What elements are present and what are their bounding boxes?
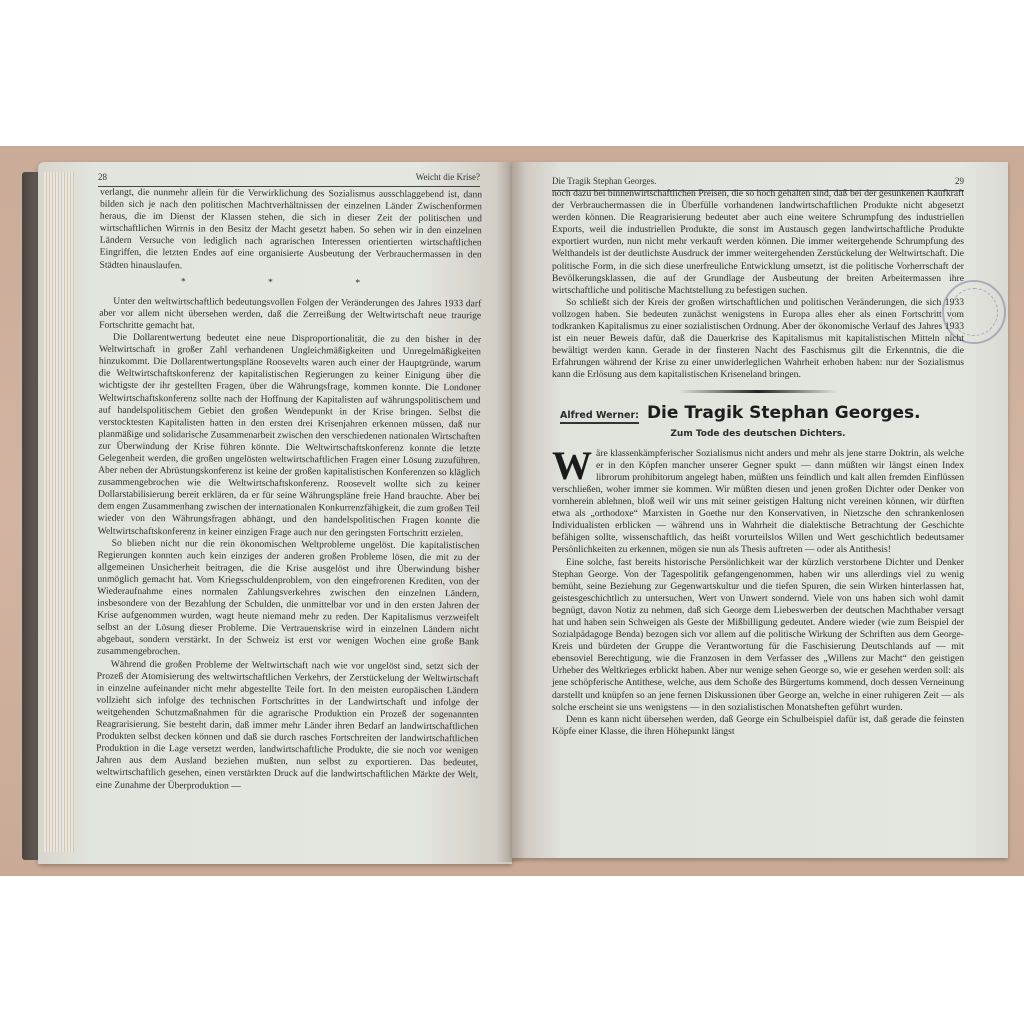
- paragraph: Während die großen Probleme der Weltwirt…: [96, 658, 479, 794]
- right-page: Die Tragik Stephan Georges. 29 noch dazu…: [512, 162, 1008, 858]
- paragraph: So blieben nicht nur die rein ökonomisch…: [97, 537, 480, 661]
- drop-cap: W: [552, 448, 592, 484]
- left-page: 28 Weicht die Krise? verlangt, die nunme…: [38, 162, 512, 864]
- book-gutter-shadow: [496, 162, 526, 862]
- left-running-head: 28 Weicht die Krise?: [98, 172, 480, 187]
- article-paragraph: Eine solche, fast bereits historische Pe…: [552, 557, 964, 714]
- article-paragraph: Denn es kann nicht übersehen werden, daß…: [552, 714, 964, 738]
- section-separator: * * *: [99, 275, 481, 290]
- article-subtitle: Zum Tode des deutschen Dichters.: [552, 428, 964, 440]
- right-page-body: noch dazu bei binnenwirtschaftlichen Pre…: [552, 188, 964, 738]
- right-running-title: Die Tragik Stephan Georges.: [552, 176, 656, 186]
- paragraph: Unter den weltwirtschaftlich bedeutungsv…: [99, 295, 481, 334]
- paragraph: noch dazu bei binnenwirtschaftlichen Pre…: [552, 188, 964, 297]
- paragraph: So schließt sich der Kreis der großen wi…: [552, 297, 964, 382]
- left-page-body: verlangt, die nunmehr allein für die Ver…: [96, 187, 482, 794]
- article-title: Die Tragik Stephan Georges.: [647, 407, 921, 419]
- page-edges: [44, 172, 74, 852]
- left-page-number: 28: [98, 172, 107, 182]
- ornamental-rule: [678, 390, 838, 393]
- left-running-title: Weicht die Krise?: [416, 172, 480, 182]
- article-paragraph: Wäre klassenkämpferischer Sozialismus ni…: [552, 448, 964, 557]
- paragraph: Die Dollarentwertung bedeutet eine neue …: [98, 332, 481, 540]
- article-author: Alfred Werner:: [560, 410, 639, 424]
- paragraph: verlangt, die nunmehr allein für die Ver…: [100, 187, 483, 274]
- article-heading: Alfred Werner: Die Tragik Stephan George…: [560, 407, 964, 424]
- right-page-number: 29: [955, 176, 964, 186]
